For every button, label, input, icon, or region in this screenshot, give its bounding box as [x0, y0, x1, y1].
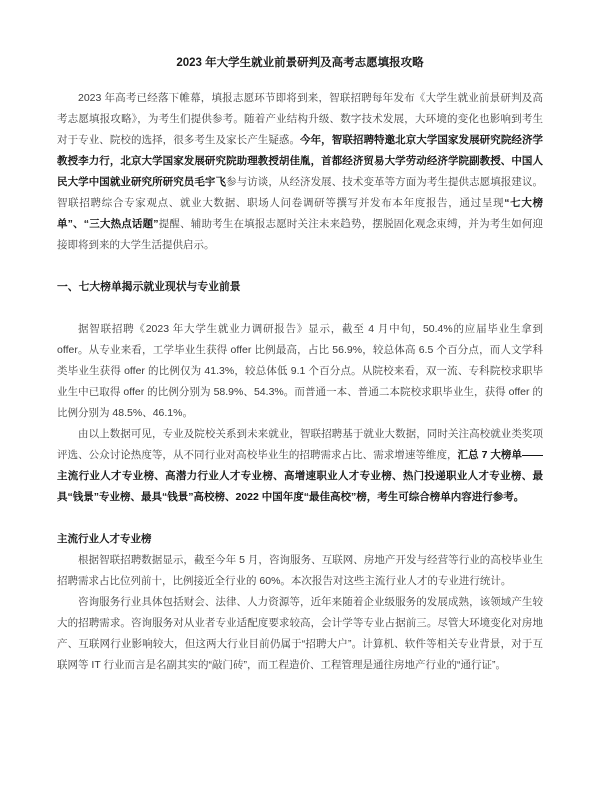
offer-statistics-paragraph: 据智联招聘《2023 年大学生就业力调研报告》显示，截至 4 月中旬，50.4%… — [57, 319, 543, 424]
consulting-industry-paragraph: 咨询服务行业具体包括财会、法律、人力资源等，近年来随着企业级服务的发展成熟，该领… — [57, 592, 543, 676]
document-title: 2023 年大学生就业前景研判及高考志愿填报攻略 — [57, 52, 543, 74]
subsection-heading-mainstream-industry: 主流行业人才专业榜 — [57, 529, 543, 550]
rankings-summary-paragraph: 由以上数据可见，专业及院校关系到未来就业，智联招聘基于就业大数据，同时关注高校就… — [57, 424, 543, 508]
document-page: 2023 年大学生就业前景研判及高考志愿填报攻略 2023 年高考已经落下帷幕，… — [0, 0, 600, 800]
industry-demand-paragraph: 根据智联招聘数据显示，截至今年 5 月，咨询服务、互联网、房地产开发与经营等行业… — [57, 550, 543, 592]
section-heading-rankings: 一、七大榜单揭示就业现状与专业前景 — [57, 277, 543, 298]
intro-paragraph: 2023 年高考已经落下帷幕，填报志愿环节即将到来，智联招聘每年发布《大学生就业… — [57, 88, 543, 256]
